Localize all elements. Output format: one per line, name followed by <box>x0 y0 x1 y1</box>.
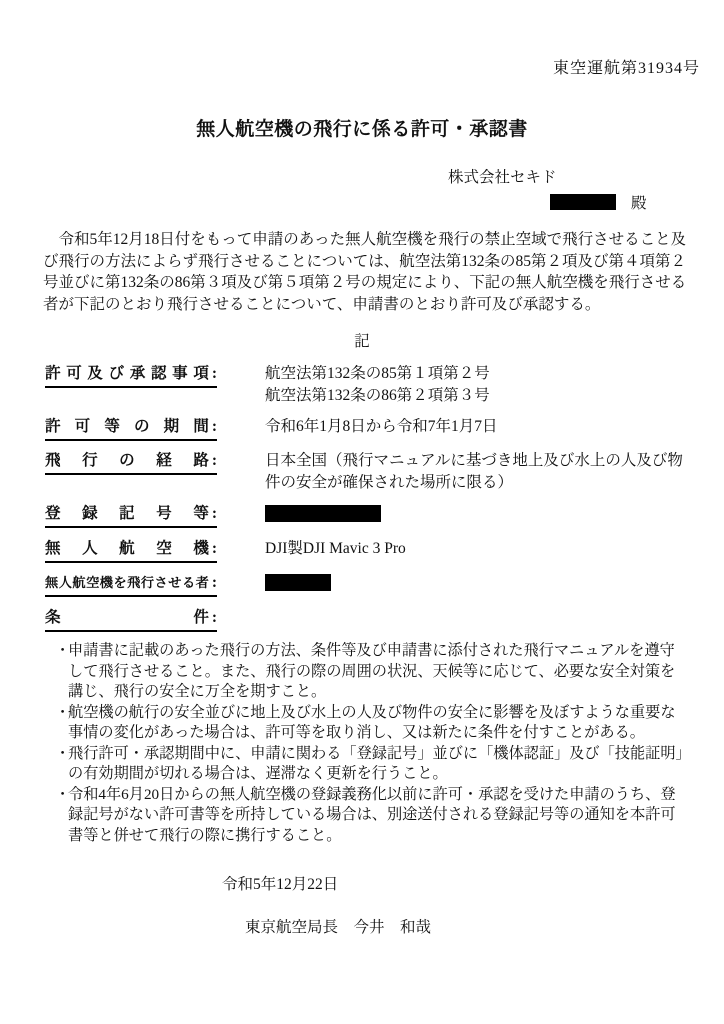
body-paragraph: 令和5年12月18日付をもって申請のあった無人航空機を飛行の禁止空域で飛行させる… <box>43 229 687 315</box>
field-value-approval-items: 航空法第132条の85第１項第２号 航空法第132条の86第２項第３号 <box>265 363 689 407</box>
field-label-text: 無人航空機を飛行させる者 <box>45 572 209 594</box>
field-row-flight-route: 飛行の経路 : 日本全国（飛行マニュアルに基づき地上及び水上の人及び物件の安全が… <box>45 450 724 494</box>
field-label-flight-route: 飛行の経路 : <box>45 450 217 475</box>
approval-item-line2: 航空法第132条の86第２項第３号 <box>265 385 689 407</box>
condition-text: 申請書に記載のあった飛行の方法、条件等及び申請書に添付された飛行マニュアルを遵守… <box>68 641 687 703</box>
bullet-icon: ・ <box>55 744 68 785</box>
bullet-icon: ・ <box>55 785 68 847</box>
field-label-colon: : <box>212 363 217 385</box>
field-label-colon: : <box>212 416 217 438</box>
addressee-honorific: 殿 <box>631 191 647 213</box>
field-label-operator: 無人航空機を飛行させる者 : <box>45 572 217 597</box>
condition-item-3: ・ 飛行許可・承認期間中に、申請に関わる「登録記号」並びに「機体認証」及び「技能… <box>55 744 687 785</box>
field-value-registration-mark <box>265 503 689 529</box>
field-row-approval-items: 許可及び承認事項 : 航空法第132条の85第１項第２号 航空法第132条の86… <box>45 363 724 407</box>
field-value-permit-period: 令和6年1月8日から令和7年1月7日 <box>265 416 689 438</box>
field-value-flight-route: 日本全国（飛行マニュアルに基づき地上及び水上の人及び物件の安全が確保された場所に… <box>265 450 689 494</box>
field-label-text: 許可及び承認事項 <box>45 363 209 385</box>
field-row-uav-model: 無人航空機 : DJI製DJI Mavic 3 Pro <box>45 538 724 563</box>
page-title: 無人航空機の飛行に係る許可・承認書 <box>0 114 724 141</box>
field-label-conditions: 条件 : <box>45 607 217 632</box>
addressee-block: 株式会社セキド 殿 <box>448 165 724 213</box>
field-label-colon: : <box>212 572 217 594</box>
field-label-text: 登録記号等 <box>45 503 209 525</box>
addressee-name-line: 殿 <box>550 191 724 213</box>
field-row-operator: 無人航空機を飛行させる者 : <box>45 572 724 598</box>
field-label-registration-mark: 登録記号等 : <box>45 503 217 528</box>
condition-item-1: ・ 申請書に記載のあった飛行の方法、条件等及び申請書に添付された飛行マニュアルを… <box>55 641 687 703</box>
field-label-text: 無人航空機 <box>45 538 209 560</box>
field-label-colon: : <box>212 538 217 560</box>
field-label-approval-items: 許可及び承認事項 : <box>45 363 217 388</box>
field-row-permit-period: 許可等の期間 : 令和6年1月8日から令和7年1月7日 <box>45 416 724 441</box>
condition-text: 航空機の航行の安全並びに地上及び水上の人及び物件の安全に影響を及ぼすような重要な… <box>68 703 687 744</box>
issue-date: 令和5年12月22日 <box>222 872 724 894</box>
bullet-icon: ・ <box>55 703 68 744</box>
field-label-permit-period: 許可等の期間 : <box>45 416 217 441</box>
document-number: 東空運航第31934号 <box>0 55 700 78</box>
redaction-box-addressee-name <box>550 194 616 210</box>
field-label-colon: : <box>212 607 217 629</box>
section-marker-ki: 記 <box>0 329 724 351</box>
field-label-colon: : <box>212 450 217 472</box>
field-label-text: 飛行の経路 <box>45 450 209 472</box>
field-label-colon: : <box>212 503 217 525</box>
redaction-box-operator-name <box>265 574 331 591</box>
redaction-box-registration-mark <box>265 505 381 522</box>
field-label-text: 条件 <box>45 607 209 629</box>
condition-item-2: ・ 航空機の航行の安全並びに地上及び水上の人及び物件の安全に影響を及ぼすような重… <box>55 703 687 744</box>
permit-document-page: 東空運航第31934号 無人航空機の飛行に係る許可・承認書 株式会社セキド 殿 … <box>0 0 724 1024</box>
bullet-icon: ・ <box>55 641 68 703</box>
conditions-list: ・ 申請書に記載のあった飛行の方法、条件等及び申請書に添付された飛行マニュアルを… <box>55 641 687 846</box>
approval-item-line1: 航空法第132条の85第１項第２号 <box>265 363 689 385</box>
condition-text: 令和4年6月20日からの無人航空機の登録義務化以前に許可・承認を受けた申請のうち… <box>68 785 687 847</box>
fields-list: 許可及び承認事項 : 航空法第132条の85第１項第２号 航空法第132条の86… <box>45 363 724 632</box>
field-row-conditions: 条件 : <box>45 607 724 632</box>
field-value-uav-model: DJI製DJI Mavic 3 Pro <box>265 538 689 560</box>
condition-text: 飛行許可・承認期間中に、申請に関わる「登録記号」並びに「機体認証」及び「技能証明… <box>68 744 687 785</box>
addressee-company: 株式会社セキド <box>448 165 724 187</box>
field-row-registration-mark: 登録記号等 : <box>45 503 724 529</box>
condition-item-4: ・ 令和4年6月20日からの無人航空機の登録義務化以前に許可・承認を受けた申請の… <box>55 785 687 847</box>
field-label-uav-model: 無人航空機 : <box>45 538 217 563</box>
field-value-operator <box>265 572 689 598</box>
issuer-signature: 東京航空局長 今井 和哉 <box>245 915 724 937</box>
field-label-text: 許可等の期間 <box>45 416 209 438</box>
